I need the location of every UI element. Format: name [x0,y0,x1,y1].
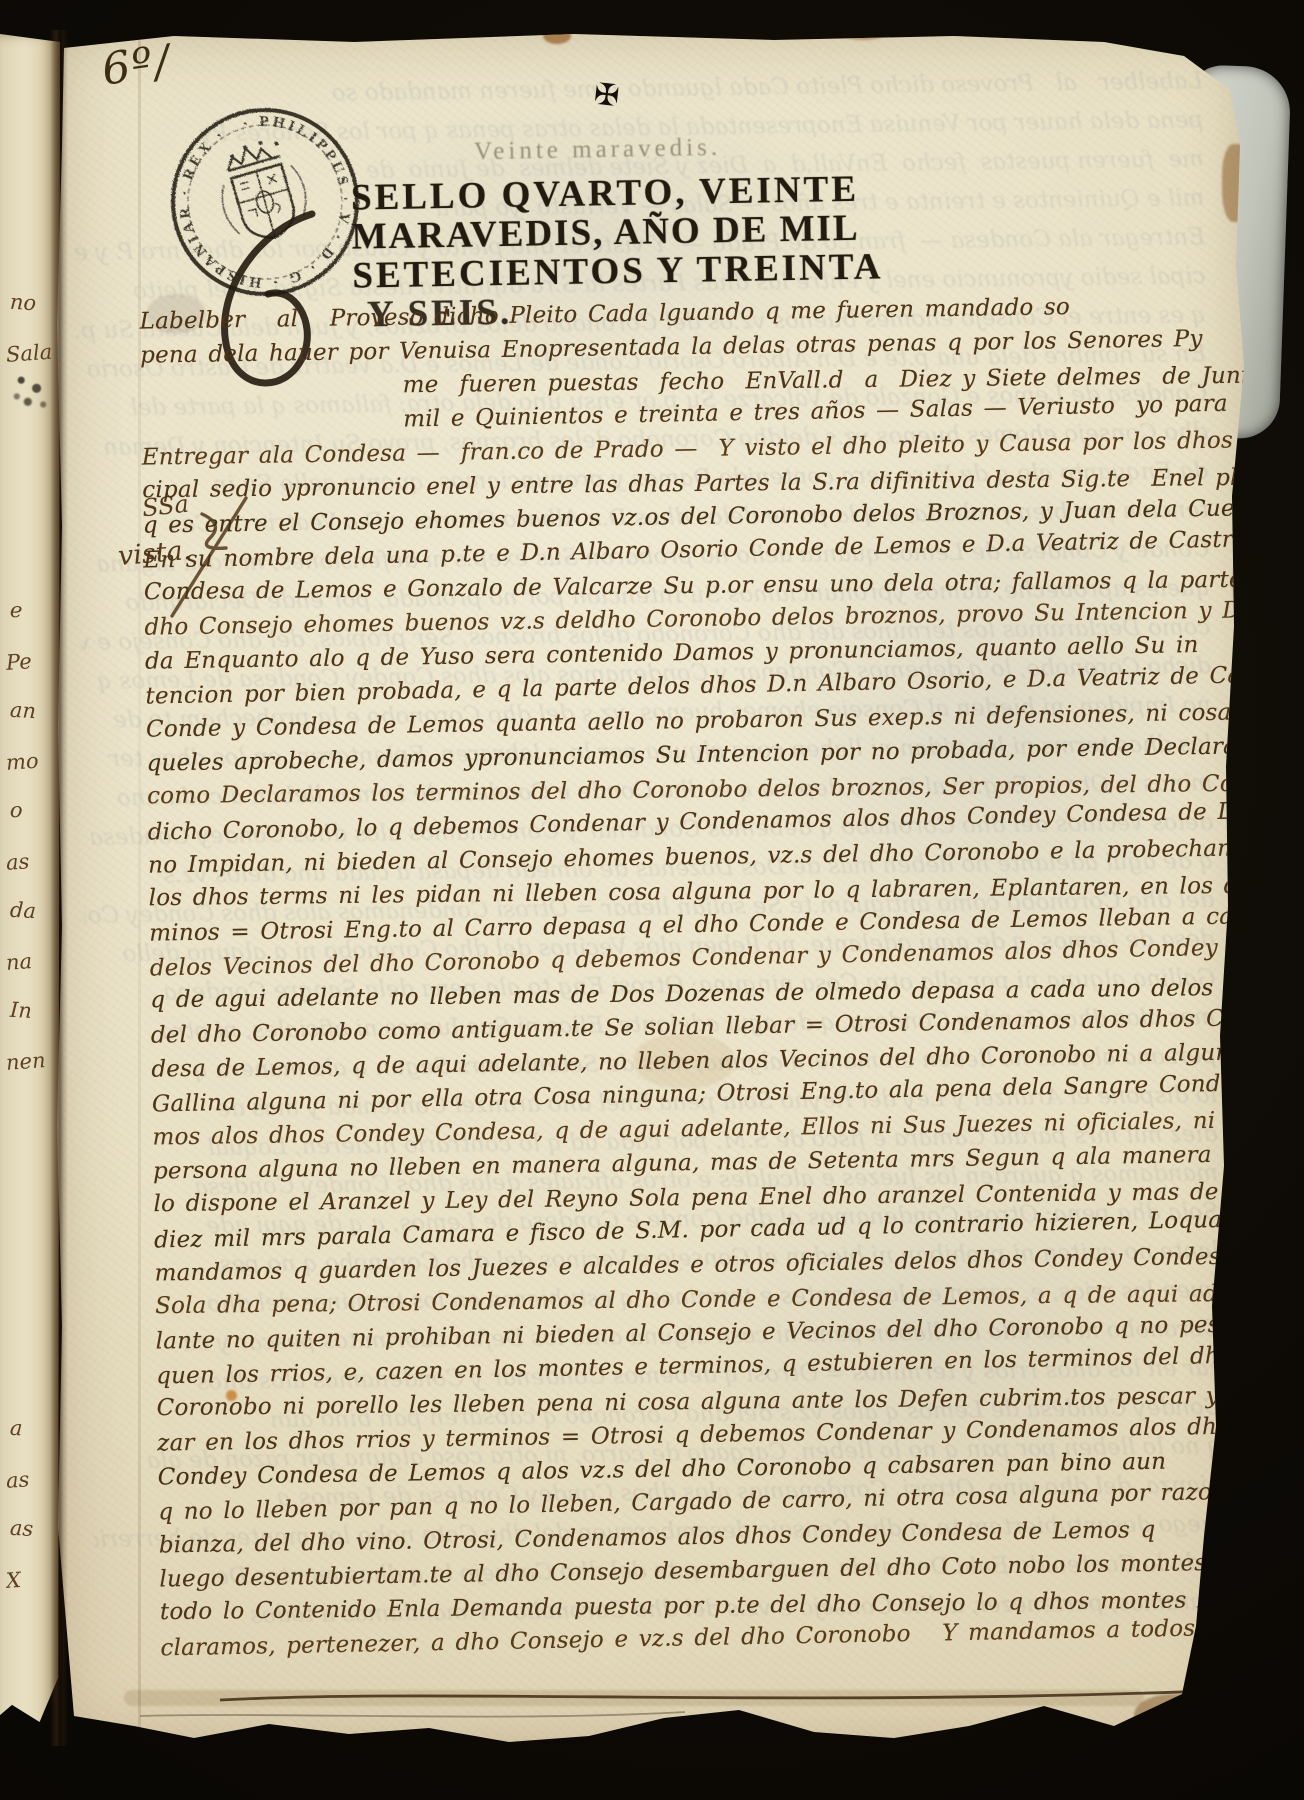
archival-photo-background: noSalaePeanmooasdanaInnenaasasX Labelber… [0,0,1304,1800]
fold-crease [138,26,141,1752]
text-fragment: e [9,596,60,627]
text-fragment: a [9,1414,60,1445]
text-fragment: as [6,845,60,877]
text-fragment: as [6,1463,60,1495]
text-fragment: o [9,796,60,827]
strip-text-fragments: noSalaePeanmooasdanaInnenaasasX [6,34,60,1746]
text-fragment: X [6,1563,60,1595]
text-fragment: as [9,1514,60,1545]
text-fragment: da [9,896,60,927]
text-fragment: na [6,945,60,977]
text-fragment: Sala [6,337,60,369]
rust-stain [1232,556,1250,610]
cross-invocation-mark: ✠ [592,77,621,114]
manuscript-body: Labelber al Proveso dicho Pleito Cada lg… [139,288,1252,1665]
closing-rule-lines [140,1678,1250,1728]
previous-page-strip: noSalaePeanmooasdanaInnenaasasX [0,34,60,1746]
text-fragment: In [9,996,60,1027]
faded-print-line: Veinte maravedis. [474,134,722,166]
text-fragment: nen [6,1045,60,1077]
rust-stain [543,28,571,44]
text-fragment: mo [6,745,60,777]
rust-stain [840,26,886,40]
text-fragment: Pe [6,645,60,677]
text-fragment: no [9,288,60,319]
manuscript-page: Labelber al Proveso dicho Pleito Cada lg… [54,26,1250,1752]
rust-stain [1200,1554,1242,1646]
text-fragment: an [9,696,60,727]
